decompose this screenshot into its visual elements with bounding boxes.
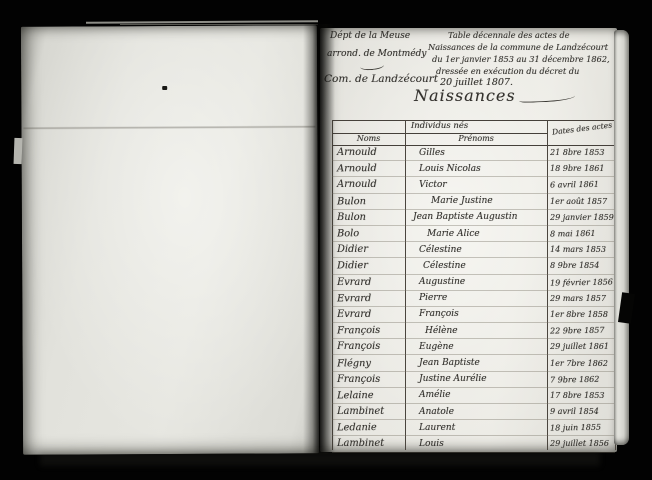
cell-nom: Ledanie — [332, 422, 405, 434]
cell-prenom: Marie Justine — [405, 196, 547, 206]
cell-date: 17 8bre 1853 — [547, 391, 615, 400]
cell-date: 8 mai 1861 — [547, 228, 615, 238]
ink-speck — [162, 86, 167, 90]
table-row: EvrardAugustine19 février 1856 — [332, 275, 615, 291]
cell-nom: Evrard — [332, 292, 405, 304]
arrondissement-line: arrond. de Montmédy — [327, 49, 426, 59]
page-fore-edge — [614, 30, 629, 445]
cell-date: 6 avril 1861 — [547, 180, 615, 190]
table-row: ArnouldVictor6 avril 1861 — [332, 177, 615, 193]
cell-prenom: Amélie — [405, 390, 547, 400]
cell-prenom: Marie Alice — [405, 229, 547, 239]
cell-date: 22 9bre 1857 — [547, 326, 615, 336]
cell-nom: Flégny — [332, 357, 405, 369]
cell-prenom: Célestine — [405, 245, 547, 255]
cell-nom: Evrard — [332, 309, 405, 320]
heading-line: Naissances de la commune de Landzécourt — [428, 41, 616, 53]
cell-date: 1er août 1857 — [547, 197, 615, 206]
cell-prenom: Célestine — [405, 261, 547, 271]
cell-date: 21 8bre 1853 — [547, 148, 615, 157]
cell-nom: François — [332, 341, 405, 352]
cell-nom: Bolo — [332, 228, 405, 240]
cell-prenom: Justine Aurélie — [405, 374, 547, 384]
cell-prenom: Anatole — [405, 407, 547, 417]
decennial-table-heading: Table décennale des actes de Naissances … — [426, 29, 616, 89]
cell-nom: Arnould — [332, 179, 405, 190]
cell-nom: Bulon — [332, 195, 405, 207]
table-row: DidierCélestine14 mars 1853 — [332, 242, 615, 258]
column-header-noms: Noms — [332, 133, 405, 145]
page-crease — [23, 125, 315, 130]
column-header-dates-des-actes: Dates des actes — [548, 120, 617, 137]
cell-date: 19 février 1856 — [547, 277, 615, 287]
table-row: FrançoisEugène29 juillet 1861 — [332, 339, 615, 355]
table-row: ArnouldLouis Nicolas18 9bre 1861 — [332, 161, 615, 177]
table-row: EvrardPierre29 mars 1857 — [332, 291, 615, 307]
cell-nom: Evrard — [332, 277, 405, 288]
table-row: ArnouldGilles21 8bre 1853 — [332, 145, 615, 161]
cell-date: 14 mars 1853 — [547, 245, 615, 254]
cell-nom: Lelaine — [332, 390, 405, 402]
table-row: LambinetLouis29 juillet 1856 — [332, 436, 615, 452]
cell-prenom: Louis Nicolas — [405, 164, 547, 174]
heading-line: Table décennale des actes de — [448, 29, 616, 41]
register-page-content: Dépt de la Meuse arrond. de Montmédy Com… — [322, 28, 617, 452]
births-table-rows: ArnouldGilles21 8bre 1853 ArnouldLouis N… — [332, 145, 615, 453]
cell-nom: Bulon — [332, 212, 405, 223]
binding-gutter-shadow — [303, 24, 335, 454]
underline-swash — [518, 92, 574, 103]
cell-nom: Lambinet — [332, 406, 405, 417]
cell-date: 29 juillet 1861 — [547, 342, 615, 351]
cell-date: 1er 8bre 1858 — [547, 310, 615, 319]
table-row: BulonJean Baptiste Augustin29 janvier 18… — [332, 210, 615, 226]
cell-prenom: Pierre — [405, 293, 547, 303]
cell-nom: Arnould — [332, 163, 405, 175]
table-row: EvrardFrançois1er 8bre 1858 — [332, 307, 615, 323]
left-blank-page — [21, 25, 319, 455]
fore-edge-notch — [618, 292, 635, 324]
heading-line: du 1er janvier 1853 au 31 décembre 1862, — [432, 53, 616, 65]
cell-prenom: Victor — [405, 180, 547, 190]
cell-prenom: Eugène — [405, 342, 547, 352]
department-line: Dépt de la Meuse — [330, 31, 410, 41]
cell-date: 8 9bre 1854 — [547, 261, 615, 270]
cell-prenom: François — [405, 309, 547, 319]
cell-nom: François — [332, 325, 405, 337]
cell-prenom: Laurent — [405, 423, 547, 433]
cell-prenom: Gilles — [405, 148, 547, 158]
column-group-header-individus-nes: Individus nés — [332, 120, 547, 133]
flourish-mark — [360, 61, 385, 71]
table-row: LedanieLaurent18 juin 1855 — [332, 420, 615, 436]
cell-nom: Lambinet — [332, 438, 405, 449]
cell-nom: Didier — [332, 244, 405, 255]
column-header-prenoms: Prénoms — [405, 133, 547, 145]
cell-nom: Didier — [332, 260, 405, 272]
cell-date: 18 juin 1855 — [547, 423, 615, 433]
cell-prenom: Jean Baptiste — [405, 358, 547, 368]
scan-bottom-haze — [40, 452, 600, 466]
table-row: BulonMarie Justine1er août 1857 — [332, 194, 615, 210]
cell-prenom: Jean Baptiste Augustin — [405, 212, 547, 222]
cell-nom: François — [332, 374, 405, 385]
table-row: FlégnyJean Baptiste1er 7bre 1862 — [332, 355, 615, 371]
microfilm-scan-background: Dépt de la Meuse arrond. de Montmédy Com… — [0, 0, 652, 480]
table-row: DidierCélestine8 9bre 1854 — [332, 258, 615, 274]
cell-nom: Arnould — [332, 147, 405, 158]
cell-prenom: Louis — [405, 439, 547, 449]
table-row: LelaineAmélie17 8bre 1853 — [332, 388, 615, 404]
cell-date: 7 9bre 1862 — [547, 374, 615, 384]
table-row: BoloMarie Alice8 mai 1861 — [332, 226, 615, 242]
table-row: LambinetAnatole9 avril 1854 — [332, 404, 615, 420]
binding-edge-highlight — [14, 138, 23, 164]
commune-line: Com. de Landzécourt — [324, 73, 438, 85]
heading-line: dressée en exécution du décret du — [436, 65, 616, 77]
table-row: FrançoisHélène22 9bre 1857 — [332, 323, 615, 339]
cell-date: 29 juillet 1856 — [547, 439, 615, 448]
table-row: FrançoisJustine Aurélie7 9bre 1862 — [332, 372, 615, 388]
section-title-naissances: Naissances — [414, 86, 575, 105]
cell-prenom: Augustine — [405, 277, 547, 287]
cell-date: 1er 7bre 1862 — [547, 359, 615, 368]
cell-date: 29 janvier 1859 — [547, 213, 615, 222]
section-title-text: Naissances — [414, 86, 516, 105]
cell-date: 9 avril 1854 — [547, 407, 615, 416]
cell-date: 29 mars 1857 — [547, 294, 615, 303]
cell-date: 18 9bre 1861 — [547, 164, 615, 173]
cell-prenom: Hélène — [405, 326, 547, 336]
